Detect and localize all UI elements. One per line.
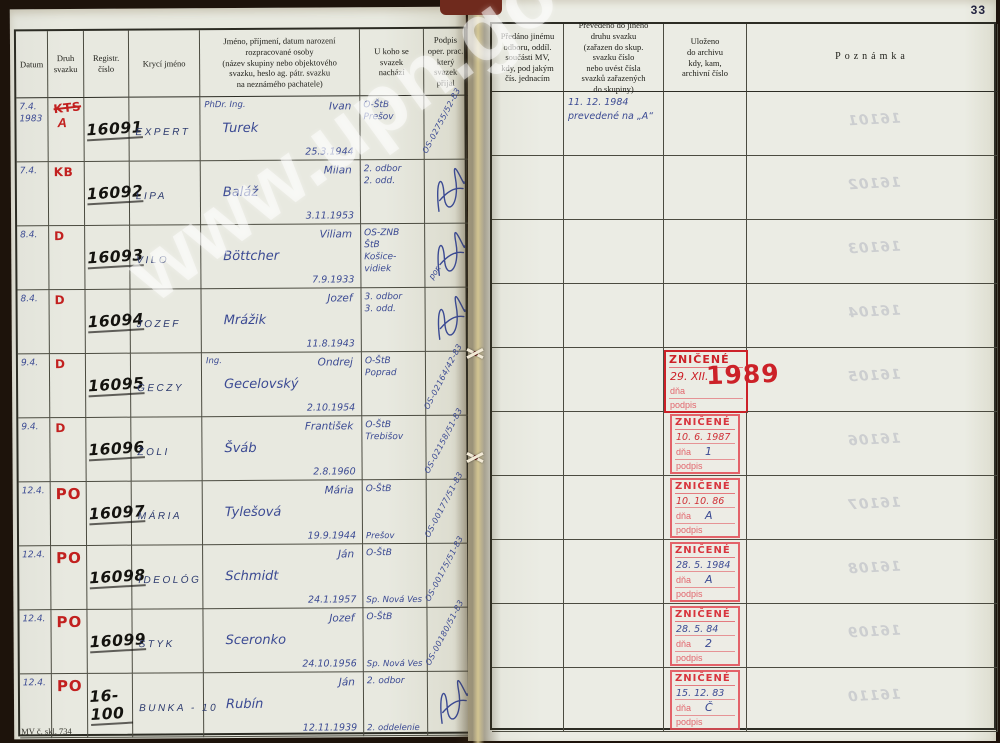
header-prevedeno: Převedeno do jiného druhu svazku (zařaze… <box>564 24 664 92</box>
file-holder-unit: O-ŠtB Prešov <box>360 96 423 124</box>
znicene-stamp: ZNIČENÉ 10. 6. 1987 dňa1 podpis <box>670 414 740 474</box>
cell-kryci-jmeno: IDEOLÓG <box>132 545 203 609</box>
person-birth-date: 11.8.1943 <box>306 338 354 349</box>
registration-number: 16-100 <box>89 685 133 725</box>
bleed-through-number: 16104 <box>847 303 901 322</box>
file-holder-unit: 2. odbor 2. odd. <box>361 160 424 188</box>
entry-date: 7.4. <box>17 162 48 177</box>
stamp-podpis-label: podpis <box>675 524 735 535</box>
cell-registr-cislo: 16097 <box>87 482 132 546</box>
person-first-name: Ondrej <box>318 356 353 368</box>
cell-registr-cislo: 16092 <box>85 162 130 226</box>
stamp-podpis-label: podpis <box>675 652 735 663</box>
person-first-name: Mária <box>325 484 354 496</box>
cover-name: EXPERT <box>135 126 190 137</box>
cell-predano <box>492 540 564 604</box>
cell-datum: 7.4. 1983 <box>16 98 48 162</box>
signature-scribble <box>425 232 469 278</box>
file-reference-number: OS-02158/51-83 <box>423 406 465 475</box>
cell-registr-cislo: 16096 <box>86 418 131 482</box>
stamp-destruction-date: 10. 10. 86 <box>675 494 735 508</box>
cell-predano <box>492 284 564 348</box>
cell-datum: 12.4. <box>19 546 51 610</box>
cell-u-koho: 3. odbor 3. odd. <box>361 288 425 352</box>
stamp-destroyed-label: ZNIČENÉ <box>675 609 735 622</box>
person-birth-date: 24.1.1957 <box>308 594 356 605</box>
file-holder-unit: 3. odbor 3. odd. <box>361 288 424 316</box>
cell-registr-cislo: 16095 <box>86 354 131 418</box>
signature-scribble <box>426 296 470 342</box>
cell-druh-svazku: PO <box>51 482 87 546</box>
file-type-mark: KTS <box>48 96 82 117</box>
person-birth-date: 19.9.1944 <box>308 530 356 541</box>
cell-kryci-jmeno: JOZEF <box>130 289 201 353</box>
cell-datum: 12.4. <box>19 610 51 674</box>
cell-jmeno: Viliam Böttcher 7.9.1933 <box>201 224 361 289</box>
stamp-dna-label: dňaA <box>675 508 735 524</box>
cell-prevedeno <box>564 348 664 412</box>
cell-jmeno: Ján Rubín 12.11.1939 <box>204 672 364 737</box>
cell-podpis: OS-02158/51-83 <box>426 416 470 480</box>
person-birth-date: 7.9.1933 <box>312 274 354 285</box>
person-surname: Böttcher <box>223 249 279 264</box>
cell-registr-cislo: 16-100 <box>88 674 133 738</box>
person-first-name: Ján <box>339 676 355 688</box>
file-holder-town: 2. oddelenie <box>367 723 420 733</box>
cell-registr-cislo: 16091 <box>84 98 129 162</box>
header-datum: Datum <box>16 31 48 98</box>
person-birth-date: 2.8.1960 <box>313 466 355 477</box>
registry-book-photo: Datum Druh svazku Registr. číslo Krycí j… <box>0 0 1000 743</box>
stamp-destroyed-label: ZNIČENÉ <box>675 545 735 558</box>
left-page: Datum Druh svazku Registr. číslo Krycí j… <box>10 7 470 740</box>
znicene-stamp: ZNIČENÉ 29. XII. 1989 dňa podpis <box>664 350 748 413</box>
cover-name: IDEOLÓG <box>138 574 201 585</box>
file-reference-number: OS-00177/51-83 <box>423 470 465 539</box>
cell-poznamka: 16110 <box>747 668 998 732</box>
page-number: 33 <box>971 3 986 17</box>
entry-date: 7.4. 1983 <box>16 98 47 125</box>
stamp-initials: 2 <box>705 637 712 650</box>
cell-kryci-jmeno: BUNKA - 10 <box>133 673 204 737</box>
cell-datum: 8.4. <box>17 226 49 290</box>
cell-prevedeno <box>564 604 664 668</box>
entry-date: 12.4. <box>19 610 50 625</box>
person-first-name: Milan <box>324 164 352 176</box>
cell-poznamka: 16103 <box>747 220 998 284</box>
form-code: MV č. skl. 734 <box>21 726 72 736</box>
cell-jmeno: Mária Tylešová 19.9.1944 <box>203 480 363 545</box>
cover-name: STYK <box>139 639 175 650</box>
person-surname: Baláž <box>223 185 258 200</box>
stamp-podpis-label: podpis <box>675 716 735 727</box>
cover-name: VILO <box>136 255 169 266</box>
cell-ulozeno: ZNIČENÉ dňa podpis <box>664 220 747 284</box>
cell-jmeno: Ing. Ondrej Gecelovský 2.10.1954 <box>202 352 362 417</box>
stamp-initials: Č <box>705 701 713 714</box>
cell-u-koho: 2. odbor 2. odd. <box>361 160 425 224</box>
person-first-name: Jozef <box>327 292 352 304</box>
header-jmeno-prijmeni: Jméno, příjmení, datum narození rozpraco… <box>200 29 360 97</box>
bleed-through-number: 16101 <box>847 111 901 130</box>
person-birth-date: 25.3.1944 <box>305 146 353 157</box>
cell-predano <box>492 476 564 540</box>
file-type-mark: PO <box>51 546 86 567</box>
cell-predano <box>492 668 564 732</box>
bleed-through-number: 16109 <box>847 623 901 642</box>
znicene-stamp: ZNIČENÉ 10. 10. 86 dňaA podpis <box>670 478 740 538</box>
cell-ulozeno: ZNIČENÉ 28. 5. 84 dňa2 podpis <box>664 604 747 668</box>
file-type-mark: D <box>49 290 84 307</box>
cell-registr-cislo: 16098 <box>87 546 132 610</box>
person-surname: Mrážik <box>224 313 267 328</box>
file-type-mark: PO <box>52 674 87 695</box>
file-holder-town: Sp. Nová Ves <box>367 659 423 669</box>
person-birth-date: 24.10.1956 <box>302 658 356 669</box>
stamp-podpis-label: podpis <box>669 399 743 410</box>
cell-poznamka: 16107 <box>747 476 998 540</box>
stamp-podpis-label: podpis <box>675 588 735 599</box>
cell-prevedeno: 11. 12. 1984 prevedené na „A“ <box>564 92 664 156</box>
cell-podpis: OS-02755/52-83 <box>424 96 468 160</box>
stamp-destruction-date: 10. 6. 1987 <box>675 430 735 444</box>
cell-druh-svazku: PO <box>51 546 87 610</box>
left-ledger-table: Datum Druh svazku Registr. číslo Krycí j… <box>14 27 470 737</box>
signature-scribble <box>428 680 472 726</box>
header-u-koho: U koho se svazek nachází <box>360 29 424 96</box>
file-reference-number: OS-02755/52-83 <box>421 86 463 155</box>
header-predano: Předáno jinému odboru, oddíl. součásti M… <box>492 24 564 92</box>
cell-predano <box>492 220 564 284</box>
bleed-through-number: 16105 <box>847 367 901 386</box>
stamp-destroyed-label: ZNIČENÉ <box>675 417 735 430</box>
cover-name: JOZEF <box>137 319 181 330</box>
file-reference-number: OS-00175/51-83 <box>423 534 465 603</box>
cell-podpis: por. <box>425 224 469 288</box>
person-birth-date: 2.10.1954 <box>307 402 355 413</box>
cell-poznamka: 16105 <box>747 348 998 412</box>
cell-predano <box>492 604 564 668</box>
cell-podpis: OS-02164/42-83 <box>426 352 470 416</box>
cell-registr-cislo: 16099 <box>87 610 132 674</box>
cell-jmeno: Ján Schmidt 24.1.1957 <box>203 544 363 609</box>
transfer-note: 11. 12. 1984 prevedené na „A“ <box>564 92 663 125</box>
file-type-mark: PO <box>51 610 86 631</box>
book-spine-top <box>440 0 502 15</box>
signature-scribble <box>425 168 469 214</box>
bleed-through-number: 16102 <box>847 175 901 194</box>
cell-datum: 8.4. <box>17 290 49 354</box>
header-registr-cislo: Registr. číslo <box>84 31 129 98</box>
file-type-mark: PO <box>51 482 86 503</box>
file-holder-unit: O-ŠtB Poprad <box>362 352 425 380</box>
cover-name: MÁRIA <box>138 510 182 521</box>
cell-kryci-jmeno: GECZY <box>131 353 202 417</box>
cell-kryci-jmeno: EXPERT <box>129 97 200 161</box>
cell-ulozeno: ZNIČENÉ 29. XII. 1989 dňa podpis <box>664 348 747 412</box>
file-type-mark: KB <box>49 162 84 179</box>
cell-prevedeno <box>564 668 664 732</box>
cell-predano <box>492 412 564 476</box>
cell-ulozeno: ZNIČENÉ dňa podpis <box>664 284 747 348</box>
cell-u-koho: O-ŠtB Sp. Nová Ves <box>363 608 427 672</box>
cell-poznamka: 16109 <box>747 604 998 668</box>
file-reference-number: OS-02164/42-83 <box>422 342 464 411</box>
cell-jmeno: Milan Baláž 3.11.1953 <box>201 160 361 225</box>
file-holder-unit: O-ŠtB <box>363 544 426 560</box>
cell-ulozeno: ZNIČENÉ dňa podpis <box>664 92 747 156</box>
cell-jmeno: Jozef Mrážik 11.8.1943 <box>201 288 361 353</box>
cell-predano <box>492 92 564 156</box>
cell-kryci-jmeno: MÁRIA <box>132 481 203 545</box>
stamp-initials: A <box>705 509 713 522</box>
entry-date: 12.4. <box>19 546 50 561</box>
cell-predano <box>492 348 564 412</box>
file-holder-unit: 2. odbor <box>364 672 427 688</box>
person-surname: Šváb <box>224 441 256 456</box>
cell-predano <box>492 156 564 220</box>
cell-podpis: OS-00180/51-83 <box>427 608 471 672</box>
cell-jmeno: Jozef Sceronko 24.10.1956 <box>203 608 363 673</box>
cell-u-koho: OS-ZNB ŠtB Košice- vidiek <box>361 224 425 288</box>
person-first-name: Viliam <box>320 228 353 240</box>
entry-date: 8.4. <box>17 290 48 305</box>
file-type-mark: D <box>50 354 85 371</box>
cell-prevedeno <box>564 220 664 284</box>
cell-prevedeno <box>564 540 664 604</box>
stamp-initials: 1 <box>705 445 712 458</box>
cell-podpis: OS-00175/51-83 <box>427 544 471 608</box>
stamp-dna-label: dňaA <box>675 572 735 588</box>
file-holder-unit: O-ŠtB Trebišov <box>362 416 425 444</box>
znicene-stamp: ZNIČENÉ 15. 12. 83 dňaČ podpis <box>670 670 740 730</box>
cell-registr-cislo: 16093 <box>85 226 130 290</box>
entry-date: 8.4. <box>17 226 48 241</box>
stamp-destroyed-label: ZNIČENÉ <box>675 481 735 494</box>
cell-poznamka: 16104 <box>747 284 998 348</box>
cell-druh-svazku: KB <box>49 162 85 226</box>
stamp-dna-label: dňa2 <box>675 636 735 652</box>
cell-podpis: OS-00177/51-83 <box>427 480 471 544</box>
cell-druh-svazku: D <box>50 418 86 482</box>
bleed-through-number: 16110 <box>847 687 901 706</box>
file-type-mark: D <box>50 418 85 435</box>
bleed-through-number: 16103 <box>847 239 901 258</box>
person-birth-date: 12.11.1939 <box>303 722 357 733</box>
cell-poznamka: 16101 <box>747 92 998 156</box>
person-birth-date: 3.11.1953 <box>306 210 354 221</box>
person-first-name: František <box>305 420 354 432</box>
cell-u-koho: O-ŠtB Trebišov <box>362 416 426 480</box>
cell-ulozeno: ZNIČENÉ 10. 6. 1987 dňa1 podpis <box>664 412 747 476</box>
cell-kryci-jmeno: STYK <box>132 609 203 673</box>
stamp-initials: A <box>705 573 713 586</box>
znicene-stamp: ZNIČENÉ 28. 5. 84 dňa2 podpis <box>670 606 740 666</box>
cell-jmeno: PhDr. Ing. Ivan Turek 25.3.1944 <box>200 96 360 161</box>
header-druh-svazku: Druh svazku <box>48 31 84 98</box>
cover-name: ŽOLI <box>137 447 169 458</box>
person-surname: Turek <box>222 121 258 136</box>
right-ledger-table: Předáno jinému odboru, oddíl. součásti M… <box>490 22 996 730</box>
stamp-destruction-date: 28. 5. 84 <box>675 622 735 636</box>
stamp-dna-label: dňaČ <box>675 700 735 716</box>
file-type-correction: A <box>48 115 83 130</box>
bleed-through-number: 16106 <box>847 431 901 450</box>
cell-druh-svazku: D <box>50 354 86 418</box>
stamp-dna-label: dňa1 <box>675 444 735 460</box>
cover-name: GECZY <box>137 382 184 393</box>
stamp-destruction-date: 15. 12. 83 <box>675 686 735 700</box>
cell-druh-svazku: D <box>49 290 85 354</box>
entry-date: 9.4. <box>18 418 49 433</box>
cell-ulozeno: ZNIČENÉ 10. 10. 86 dňaA podpis <box>664 476 747 540</box>
cell-poznamka: 16108 <box>747 540 998 604</box>
cell-datum: 9.4. <box>18 418 50 482</box>
cell-prevedeno <box>564 156 664 220</box>
cell-u-koho: O-ŠtB Prešov <box>360 96 424 160</box>
person-surname: Tylešová <box>225 505 282 520</box>
file-holder-town: Prešov <box>366 531 395 541</box>
file-holder-unit: O-ŠtB <box>363 480 426 496</box>
cell-u-koho: O-ŠtB Poprad <box>362 352 426 416</box>
stamp-destruction-date: 28. 5. 1984 <box>675 558 735 572</box>
right-page: 33 Předáno jinému odboru, oddíl. součást… <box>468 0 996 741</box>
stamp-podpis-label: podpis <box>675 460 735 471</box>
person-surname: Schmidt <box>225 569 278 584</box>
cell-podpis <box>428 672 472 736</box>
entry-date: 12.4. <box>19 482 50 497</box>
person-title: Ing. <box>206 356 222 366</box>
person-first-name: Ivan <box>329 100 351 112</box>
person-surname: Gecelovský <box>224 377 299 392</box>
cell-registr-cislo: 16094 <box>85 290 130 354</box>
cell-datum: 7.4. <box>17 162 49 226</box>
header-kryci-jmeno: Krycí jméno <box>129 30 200 97</box>
binding-stitch <box>466 346 484 360</box>
cell-podpis <box>425 288 469 352</box>
binding-stitch <box>466 450 484 464</box>
cell-ulozeno: ZNIČENÉ dňa podpis <box>664 156 747 220</box>
bleed-through-number: 16107 <box>847 495 901 514</box>
file-holder-unit: O-ŠtB <box>363 608 426 624</box>
cell-druh-svazku: PO <box>51 610 87 674</box>
cell-prevedeno <box>564 476 664 540</box>
entry-date: 9.4. <box>18 354 49 369</box>
cell-druh-svazku: D <box>49 226 85 290</box>
cell-ulozeno: ZNIČENÉ 15. 12. 83 dňaČ podpis <box>664 668 747 732</box>
entry-date: 12.4. <box>20 674 51 689</box>
cell-jmeno: František Šváb 2.8.1960 <box>202 416 362 481</box>
header-poznamka: Poznámka <box>747 24 998 92</box>
cell-prevedeno <box>564 412 664 476</box>
cell-kryci-jmeno: LIPA <box>130 161 201 225</box>
znicene-stamp: ZNIČENÉ 28. 5. 1984 dňaA podpis <box>670 542 740 602</box>
cell-prevedeno <box>564 284 664 348</box>
cover-name: LIPA <box>136 191 167 202</box>
file-type-mark: D <box>49 226 84 243</box>
person-title: PhDr. Ing. <box>204 100 245 110</box>
person-surname: Sceronko <box>226 633 287 648</box>
cell-poznamka: 16102 <box>747 156 998 220</box>
cell-podpis <box>425 160 469 224</box>
cell-datum: 9.4. <box>18 354 50 418</box>
cell-u-koho: O-ŠtB Sp. Nová Ves <box>363 544 427 608</box>
cell-u-koho: 2. odbor 2. oddelenie <box>364 672 428 736</box>
file-holder-town: Sp. Nová Ves <box>366 595 422 605</box>
cell-poznamka: 16106 <box>747 412 998 476</box>
header-podpis: Podpis oper. prac. který svazek přijal <box>424 29 468 96</box>
cell-druh-svazku: KTS A <box>48 98 84 162</box>
cell-datum: 12.4. <box>19 482 51 546</box>
file-holder-unit: OS-ZNB ŠtB Košice- vidiek <box>361 224 424 276</box>
person-first-name: Jozef <box>329 612 354 624</box>
cell-kryci-jmeno: VILO <box>130 225 201 289</box>
cell-kryci-jmeno: ŽOLI <box>131 417 202 481</box>
file-reference-number: OS-00180/51-83 <box>424 598 466 667</box>
cell-ulozeno: ZNIČENÉ 28. 5. 1984 dňaA podpis <box>664 540 747 604</box>
stamp-destroyed-label: ZNIČENÉ <box>675 673 735 686</box>
person-surname: Rubín <box>226 697 263 712</box>
person-first-name: Ján <box>338 548 354 560</box>
header-ulozeno: Uloženo do archivu kdy, kam, archivní čí… <box>664 24 747 92</box>
bleed-through-number: 16108 <box>847 559 901 578</box>
cell-u-koho: O-ŠtB Prešov <box>363 480 427 544</box>
